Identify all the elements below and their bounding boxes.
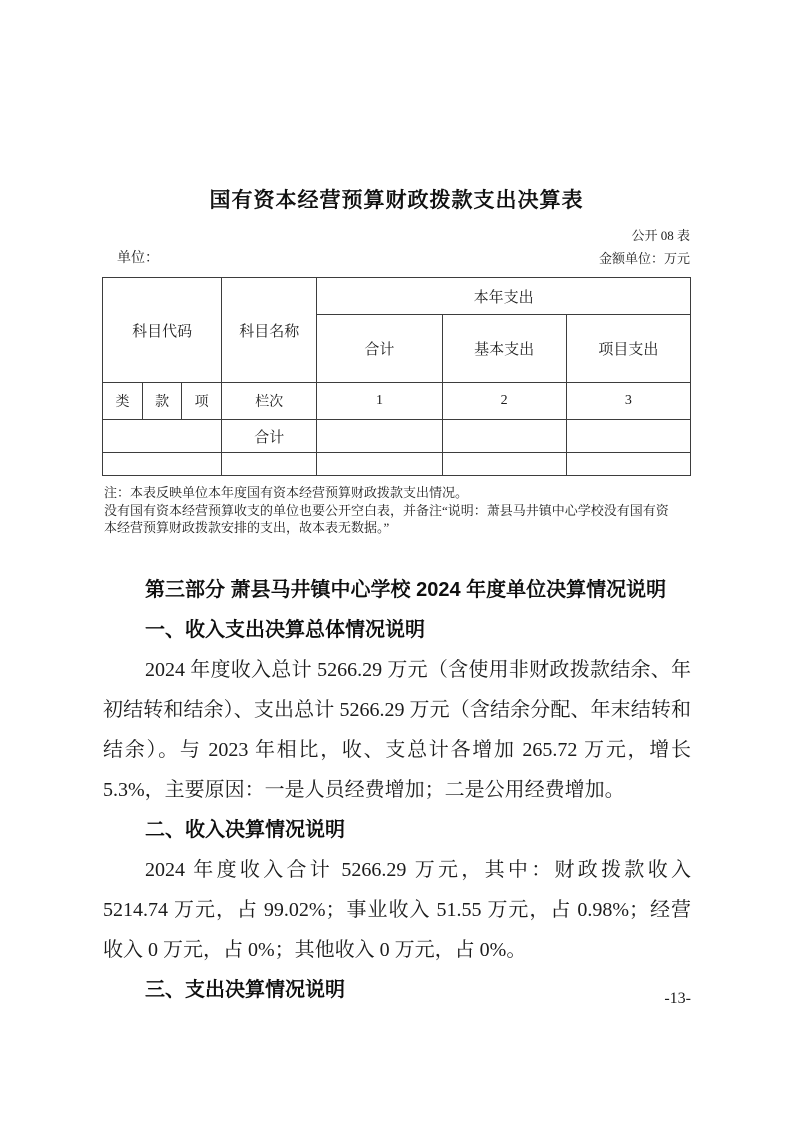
row-total-value-project <box>566 420 690 453</box>
row-total-value-total <box>317 420 442 453</box>
header-subject-code: 科目代码 <box>103 278 222 383</box>
code-subcol-class: 类 <box>103 383 143 420</box>
column-index-3: 3 <box>566 383 690 420</box>
header-total: 合计 <box>317 315 442 383</box>
empty-code-cell <box>103 420 222 453</box>
row-total-value-basic <box>442 420 566 453</box>
narrative-content: 第三部分 萧县马井镇中心学校 2024 年度单位决算情况说明 一、收入支出决算总… <box>103 570 691 1010</box>
unit-row: 单位： 金额单位：万元 <box>103 247 690 267</box>
section-2-paragraph: 2024 年度收入合计 5266.29 万元，其中：财政拨款收入 5214.74… <box>103 850 691 970</box>
page-title: 国有资本经营预算财政拨款支出决算表 <box>0 184 793 214</box>
header-current-year-expenditure: 本年支出 <box>317 278 691 315</box>
empty-project-cell <box>566 453 690 476</box>
section-1-paragraph: 2024 年度收入总计 5266.29 万元（含使用非财政拨款结余、年初结转和结… <box>103 650 691 810</box>
note-line: 注：本表反映单位本年度国有资本经营预算财政拨款支出情况。 <box>104 484 692 502</box>
header-project-expenditure: 项目支出 <box>566 315 690 383</box>
note-line: 本经营预算财政拨款安排的支出，故本表无数据。” <box>104 519 692 537</box>
note-line: 没有国有资本经营预算收支的单位也要公开空白表，并备注“说明：萧县马井镇中心学校没… <box>104 502 692 520</box>
public-table-label: 公开 08 表 <box>631 225 690 244</box>
document-page: 国有资本经营预算财政拨款支出决算表 公开 08 表 单位： 金额单位：万元 科目… <box>0 0 793 1122</box>
budget-expenditure-table: 科目代码 科目名称 本年支出 合计 基本支出 项目支出 类 款 项 栏次 1 2… <box>102 277 691 476</box>
table-notes: 注：本表反映单位本年度国有资本经营预算财政拨款支出情况。 没有国有资本经营预算收… <box>104 484 692 537</box>
section-1-heading: 一、收入支出决算总体情况说明 <box>103 610 691 650</box>
table-index-row: 类 款 项 栏次 1 2 3 <box>103 383 691 420</box>
amount-unit-label: 金额单位：万元 <box>599 248 690 267</box>
page-number: -13- <box>664 990 691 1008</box>
column-index-2: 2 <box>442 383 566 420</box>
header-subject-name: 科目名称 <box>222 278 317 383</box>
empty-total-cell <box>317 453 442 476</box>
part-three-heading: 第三部分 萧县马井镇中心学校 2024 年度单位决算情况说明 <box>103 570 691 610</box>
table-row-empty <box>103 453 691 476</box>
code-subcol-section: 款 <box>143 383 182 420</box>
section-2-heading: 二、收入决算情况说明 <box>103 810 691 850</box>
header-basic-expenditure: 基本支出 <box>442 315 566 383</box>
column-index-label: 栏次 <box>222 383 317 420</box>
section-3-heading: 三、支出决算情况说明 <box>103 970 691 1010</box>
empty-code-cell <box>103 453 222 476</box>
table-header-row-1: 科目代码 科目名称 本年支出 <box>103 278 691 315</box>
column-index-1: 1 <box>317 383 442 420</box>
table-row-total: 合计 <box>103 420 691 453</box>
empty-name-cell <box>222 453 317 476</box>
row-total-label: 合计 <box>222 420 317 453</box>
empty-basic-cell <box>442 453 566 476</box>
unit-label: 单位： <box>103 247 159 267</box>
code-subcol-item: 项 <box>182 383 222 420</box>
